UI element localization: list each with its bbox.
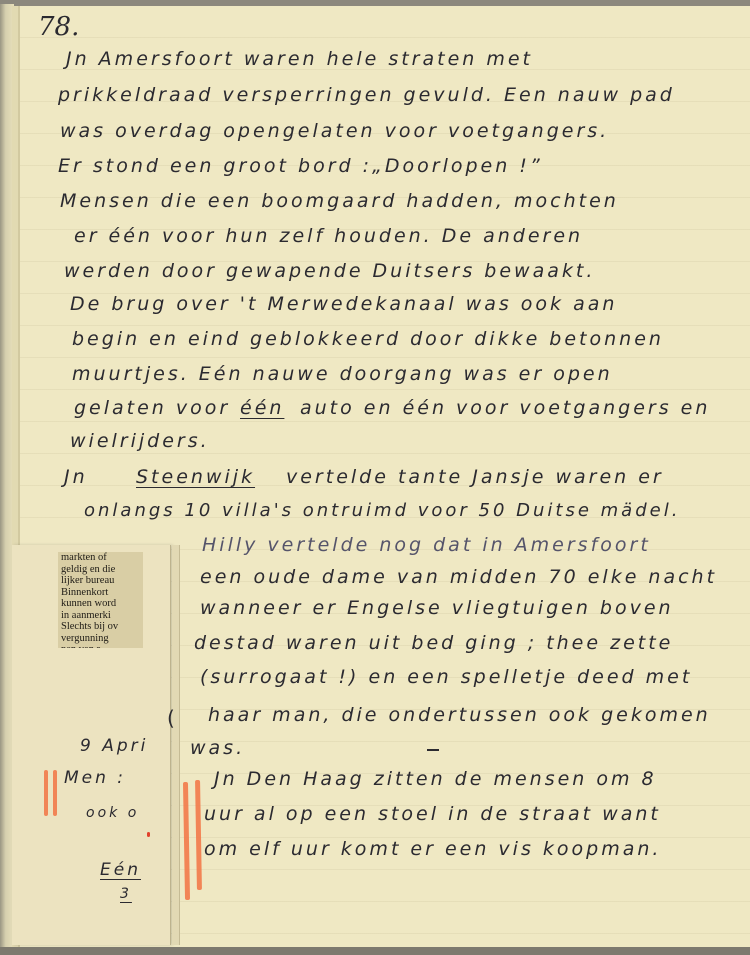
line-3: was overdag opengelaten voor voetgangers… bbox=[60, 120, 609, 142]
clip-line: pen van r bbox=[61, 644, 143, 648]
line-8: De brug over 't Merwedekanaal was ook aa… bbox=[70, 293, 617, 315]
clip-line: kunnen word bbox=[61, 598, 143, 610]
line-2: prikkeldraad versperringen gevuld. Een n… bbox=[58, 84, 675, 106]
line-6: er één voor hun zelf houden. De anderen bbox=[74, 225, 583, 247]
fold-line-3: ook o bbox=[86, 805, 139, 821]
line-22: Jn Den Haag zitten de mensen om 8 bbox=[214, 768, 657, 790]
line-1: Jn Amersfoort waren hele straten met bbox=[66, 48, 533, 70]
line-18: destad waren uit bed ging ; thee zette bbox=[194, 632, 673, 654]
line-13b: vertelde tante Jansje waren er bbox=[286, 466, 664, 488]
clip-line: markten of bbox=[61, 552, 143, 564]
fold-strip bbox=[172, 545, 180, 945]
line-17: wanneer er Engelse vliegtuigen boven bbox=[200, 597, 674, 619]
clip-line: in aanmerki bbox=[61, 610, 143, 622]
clip-line: Binnenkort bbox=[61, 587, 143, 599]
highlight-mark bbox=[44, 770, 48, 816]
fold-line-4: Eén bbox=[100, 860, 141, 880]
line-5: Mensen die een boomgaard hadden, mochten bbox=[60, 190, 619, 212]
fold-line-2: Men : bbox=[64, 768, 126, 788]
clip-line: geldig en die bbox=[61, 564, 143, 576]
separator-dash bbox=[427, 749, 439, 751]
line-23: uur al op een stoel in de straat want bbox=[204, 803, 661, 825]
line-15: Hilly vertelde nog dat in Amersfoort bbox=[202, 534, 651, 556]
clip-line: vergunning bbox=[61, 633, 143, 645]
fold-line-5: 3 bbox=[120, 886, 132, 902]
underlined-steenwijk: Steenwijk bbox=[136, 466, 255, 488]
line-9: begin en eind geblokkeerd door dikke bet… bbox=[72, 328, 664, 350]
line-10: muurtjes. Eén nauwe doorgang was er open bbox=[72, 363, 613, 385]
red-dot bbox=[147, 832, 150, 837]
newspaper-clipping: markten of geldig en die lijker bureau B… bbox=[58, 552, 143, 648]
line-24: om elf uur komt er een vis koopman. bbox=[204, 838, 661, 860]
line-11a: gelaten voor bbox=[74, 397, 230, 419]
clip-line: lijker bureau bbox=[61, 575, 143, 587]
line-4: Er stond een groot bord :„Doorlopen !” bbox=[58, 155, 543, 177]
line-20: haar man, die ondertussen ook gekomen bbox=[208, 704, 711, 726]
line-21: was. bbox=[190, 737, 245, 759]
underlined-een: één bbox=[240, 397, 284, 419]
line-13a: Jn bbox=[64, 466, 88, 488]
clip-line: Slechts bij ov bbox=[61, 621, 143, 633]
line-7: werden door gewapende Duitsers bewaakt. bbox=[64, 260, 595, 282]
line-16: een oude dame van midden 70 elke nacht bbox=[200, 566, 717, 588]
line-12: wielrijders. bbox=[70, 430, 210, 452]
line-14: onlangs 10 villa's ontruimd voor 50 Duit… bbox=[84, 500, 680, 521]
line-11b: auto en één voor voetgangers en bbox=[300, 397, 710, 419]
fold-line-1: 9 Apri bbox=[80, 736, 148, 756]
margin-bracket: ( bbox=[167, 706, 175, 730]
highlight-mark bbox=[53, 770, 57, 816]
line-19: (surrogaat !) en een spelletje deed met bbox=[200, 666, 692, 688]
page-number: 78. bbox=[38, 12, 79, 42]
background-edge bbox=[0, 947, 750, 955]
